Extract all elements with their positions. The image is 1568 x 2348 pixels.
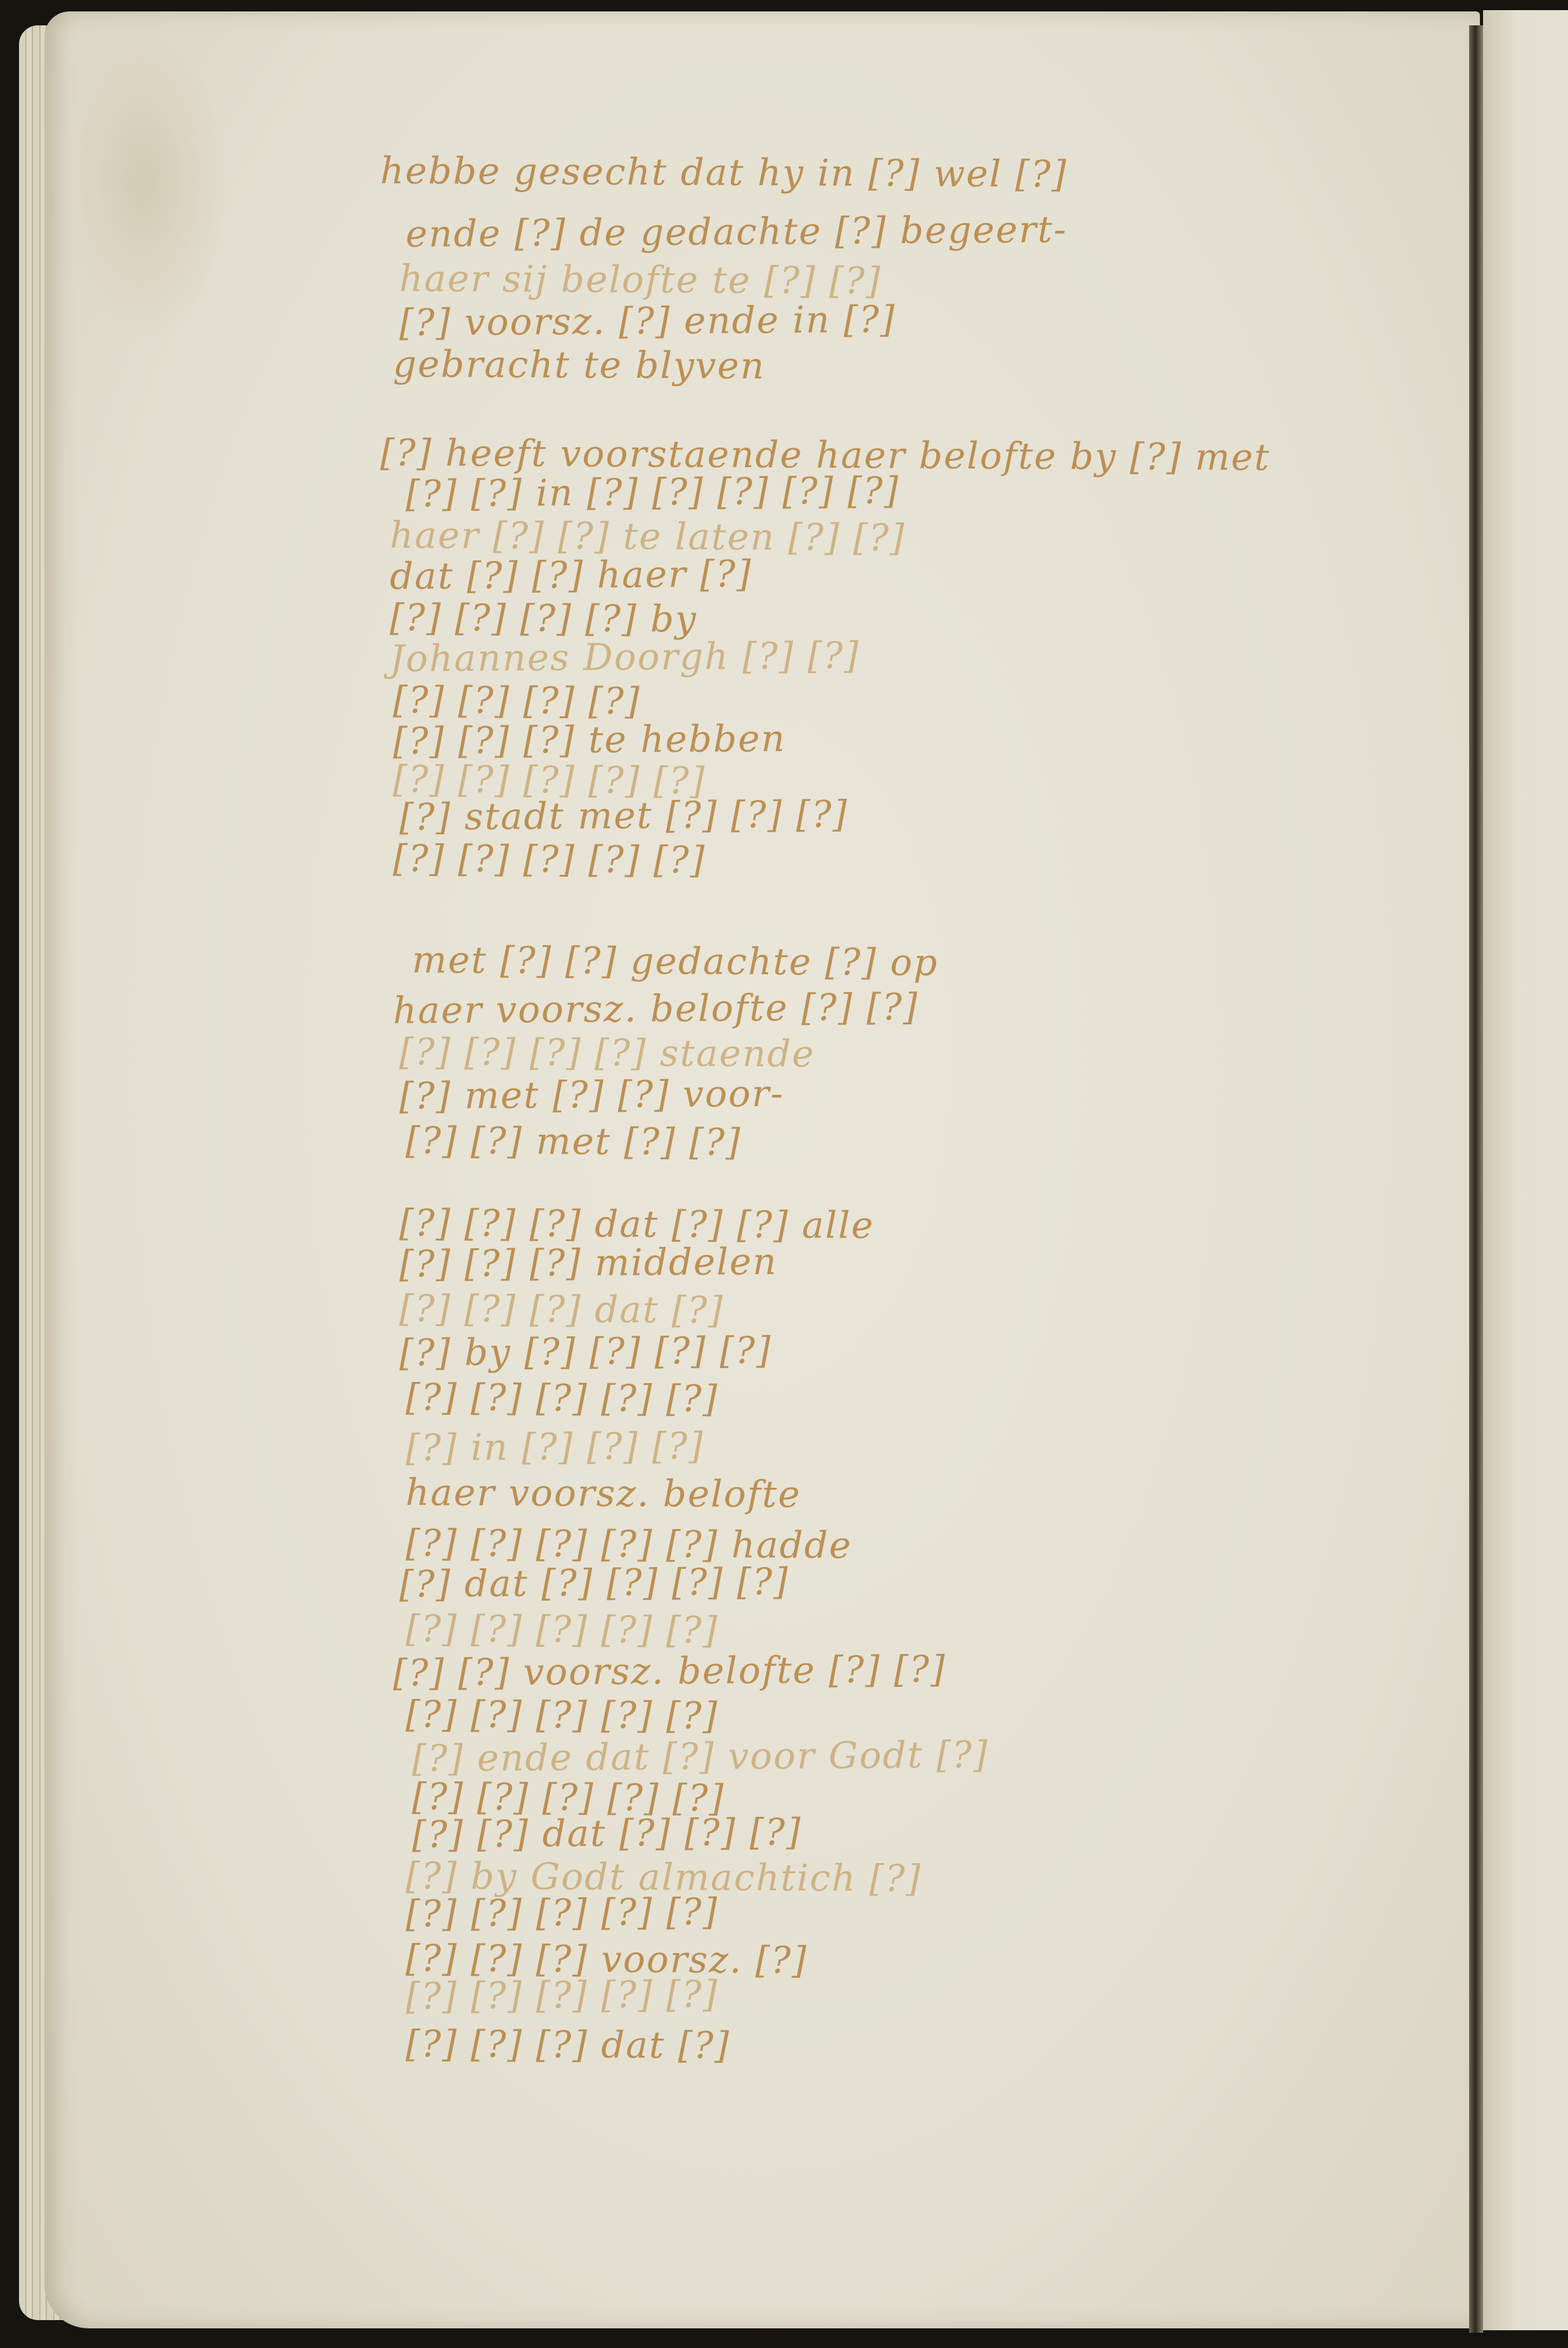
manuscript-line: haer sij belofte te [?] [?]	[399, 260, 882, 299]
manuscript-line: [?] [?] [?] [?] [?]	[406, 1610, 719, 1649]
manuscript-line: [?] [?] voorsz. belofte [?] [?]	[393, 1651, 946, 1691]
manuscript-line: haer voorsz. belofte	[406, 1474, 801, 1513]
manuscript-line: [?] stadt met [?] [?] [?]	[399, 796, 849, 835]
manuscript-line: haer voorsz. belofte [?] [?]	[393, 988, 919, 1029]
manuscript-line: [?] [?] in [?] [?] [?] [?] [?]	[406, 472, 900, 512]
manuscript-line: [?] [?] [?] [?] by	[390, 599, 697, 638]
manuscript-line: [?] by [?] [?] [?] [?]	[399, 1332, 772, 1371]
manuscript-line: [?] [?] [?] [?] [?]	[406, 1379, 719, 1417]
manuscript-line: [?] [?] [?] te hebben	[393, 720, 786, 759]
manuscript-line: [?] [?] [?] middelen	[399, 1243, 778, 1282]
manuscript-line: [?] [?] [?] dat [?]	[399, 1290, 724, 1329]
manuscript-line: [?] [?] [?] [?]	[393, 681, 641, 719]
manuscript-line: dat [?] [?] haer [?]	[390, 555, 752, 595]
manuscript-line: haer [?] [?] te laten [?] [?]	[390, 517, 906, 556]
manuscript-line: hebbe gesecht dat hy in [?] wel [?]	[380, 152, 1068, 193]
manuscript-line: ende [?] de gedachte [?] begeert-	[406, 211, 1067, 252]
manuscript-line: [?] met [?] [?] voor-	[399, 1075, 785, 1114]
manuscript-line: [?] [?] [?] [?] [?]	[406, 1696, 719, 1734]
handwritten-text-block: hebbe gesecht dat hy in [?] wel [?]ende …	[0, 0, 1568, 2348]
manuscript-line: met [?] [?] gedachte [?] op	[412, 941, 939, 981]
manuscript-line: Johannes Doorgh [?] [?]	[390, 637, 860, 677]
manuscript-line: gebracht te blyven	[393, 345, 766, 384]
manuscript-line: [?] ende dat [?] voor Godt [?]	[412, 1736, 989, 1777]
manuscript-line: [?] [?] [?] [?] [?] hadde	[406, 1525, 852, 1564]
manuscript-line: [?] [?] dat [?] [?] [?]	[412, 1814, 802, 1853]
manuscript-line: [?] [?] [?] [?] [?]	[406, 1893, 719, 1932]
manuscript-line: [?] [?] [?] dat [?] [?] alle	[399, 1204, 875, 1244]
manuscript-line: [?] [?] [?] dat [?]	[406, 2025, 730, 2064]
manuscript-line: [?] dat [?] [?] [?] [?]	[399, 1563, 789, 1603]
manuscript-line: [?] in [?] [?] [?]	[406, 1428, 704, 1466]
manuscript-line: [?] [?] met [?] [?]	[406, 1122, 742, 1161]
manuscript-line: [?] [?] [?] [?] staende	[399, 1033, 815, 1072]
manuscript-line: [?] [?] [?] [?] [?]	[406, 1976, 719, 2015]
manuscript-line: [?] [?] [?] [?] [?]	[393, 840, 706, 879]
manuscript-line: [?] voorsz. [?] ende in [?]	[399, 301, 896, 341]
